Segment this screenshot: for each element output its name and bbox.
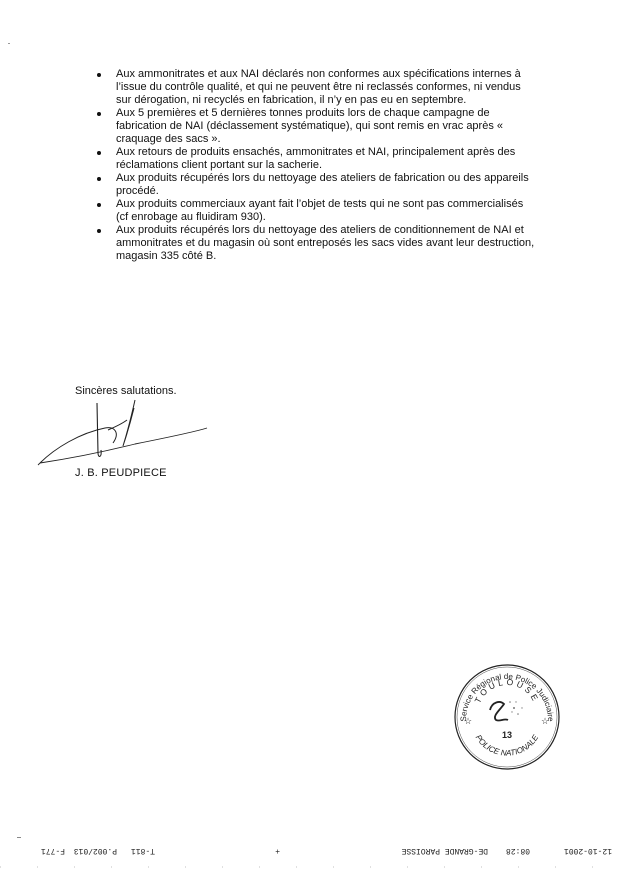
scan-noise-line xyxy=(0,866,620,868)
stamp-scribble xyxy=(490,702,508,721)
fax-transmission-number: T-811 xyxy=(131,846,155,855)
bullet-icon xyxy=(97,203,101,207)
bullet-icon xyxy=(97,177,101,181)
list-item: Aux retours de produits ensachés, ammoni… xyxy=(96,146,536,172)
list-item: Aux ammonitrates et aux NAI déclarés non… xyxy=(96,68,536,107)
list-item: Aux produits récupérés lors du nettoyage… xyxy=(96,172,536,198)
handwritten-signature xyxy=(35,398,215,473)
bullet-icon xyxy=(97,73,101,77)
fax-time: 08:28 xyxy=(506,846,530,855)
list-item: Aux 5 premières et 5 dernières tonnes pr… xyxy=(96,107,536,146)
bullet-text: Aux 5 premières et 5 dernières tonnes pr… xyxy=(116,107,503,145)
bullet-list: Aux ammonitrates et aux NAI déclarés non… xyxy=(96,68,536,263)
stamp-number: 13 xyxy=(502,730,512,740)
bullet-text: Aux produits récupérés lors du nettoyage… xyxy=(116,224,534,262)
bullet-text: Aux produits récupérés lors du nettoyage… xyxy=(116,172,529,197)
bullet-icon xyxy=(97,112,101,116)
star-icon: ☆ xyxy=(464,716,472,726)
bullet-icon xyxy=(97,229,101,233)
fax-f-number: F-771 xyxy=(41,846,65,855)
signer-name: J. B. PEUDPIECE xyxy=(75,467,167,479)
list-item: Aux produits récupérés lors du nettoyage… xyxy=(96,224,536,263)
closing-salutation: Sincères salutations. xyxy=(75,385,177,397)
fax-date: 12-10-2001 xyxy=(564,846,612,855)
fax-plus: + xyxy=(275,846,280,855)
bullet-text: Aux ammonitrates et aux NAI déclarés non… xyxy=(116,68,521,106)
fax-page-count: P.002/013 xyxy=(74,846,117,855)
bullet-icon xyxy=(97,151,101,155)
list-item: Aux produits commerciaux ayant fait l’ob… xyxy=(96,198,536,224)
bullet-text: Aux retours de produits ensachés, ammoni… xyxy=(116,146,515,171)
fax-sender: DE-GRANDE PAROISSE xyxy=(402,846,488,855)
scan-speck xyxy=(8,43,10,44)
star-icon: ☆ xyxy=(541,716,549,726)
bullet-text: Aux produits commerciaux ayant fait l’ob… xyxy=(116,198,523,223)
fax-header-strip: 12-10-2001 08:28 DE-GRANDE PAROISSE + T-… xyxy=(0,838,620,860)
police-stamp: Service Régional de Police Judiciaire TO… xyxy=(452,662,562,772)
